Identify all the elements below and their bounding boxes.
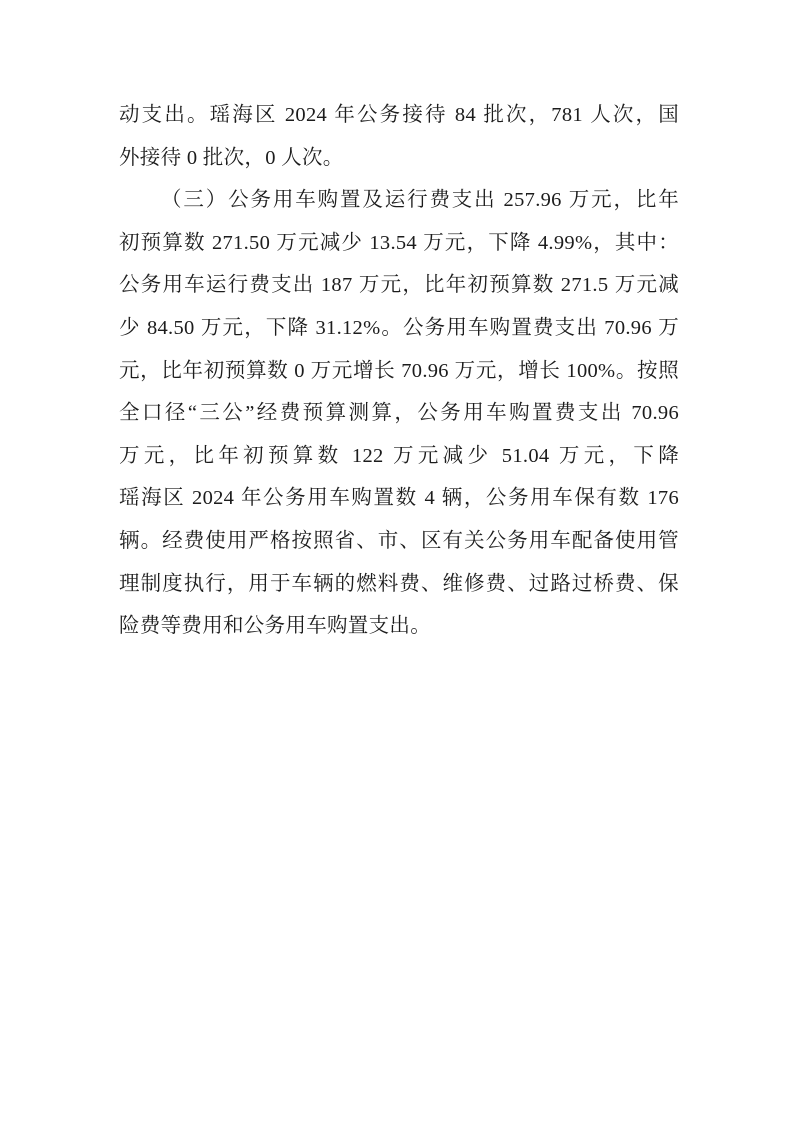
document-line: 少 84.50 万元，下降 31.12%。公务用车购置费支出 70.96 万 bbox=[119, 307, 679, 350]
document-line: 瑶海区 2024 年公务用车购置数 4 辆，公务用车保有数 176 bbox=[119, 477, 679, 520]
document-line: 辆。经费使用严格按照省、市、区有关公务用车配备使用管 bbox=[119, 520, 679, 563]
document-line: （三）公务用车购置及运行费支出 257.96 万元，比年 bbox=[119, 179, 679, 222]
document-line: 万元，比年初预算数 122 万元减少 51.04 万元，下降 41.84%。 bbox=[119, 435, 679, 478]
document-line: 理制度执行，用于车辆的燃料费、维修费、过路过桥费、保 bbox=[119, 563, 679, 606]
document-line: 险费等费用和公务用车购置支出。 bbox=[119, 605, 679, 648]
document-line: 外接待 0 批次，0 人次。 bbox=[119, 137, 679, 180]
document-line: 元，比年初预算数 0 万元增长 70.96 万元，增长 100%。按照 bbox=[119, 350, 679, 393]
document-line: 动支出。瑶海区 2024 年公务接待 84 批次，781 人次，国（境） bbox=[119, 94, 679, 137]
document-line: 初预算数 271.50 万元减少 13.54 万元，下降 4.99%，其中： bbox=[119, 222, 679, 265]
document-line: 公务用车运行费支出 187 万元，比年初预算数 271.5 万元减 bbox=[119, 264, 679, 307]
document-page: 动支出。瑶海区 2024 年公务接待 84 批次，781 人次，国（境）外接待 … bbox=[0, 0, 793, 1122]
document-text-block: 动支出。瑶海区 2024 年公务接待 84 批次，781 人次，国（境）外接待 … bbox=[119, 94, 679, 648]
document-line: 全口径“三公”经费预算测算，公务用车购置费支出 70.96 bbox=[119, 392, 679, 435]
